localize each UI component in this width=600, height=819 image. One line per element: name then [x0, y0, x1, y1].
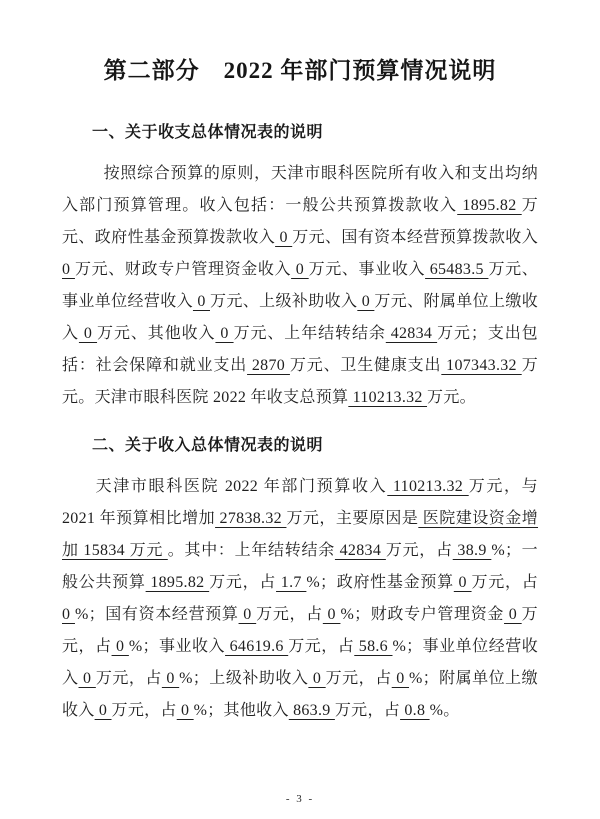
underlined-value: 0 [454, 574, 472, 591]
section-2-heading: 二、关于收入总体情况表的说明 [62, 432, 538, 455]
underlined-value: 0 [62, 261, 75, 278]
text-run: %；财政专户管理资金 [340, 606, 504, 623]
underlined-value: 58.6 [354, 638, 392, 655]
text-run: %；上级补助收入 [179, 670, 308, 687]
underlined-value: 0 [112, 638, 129, 655]
text-run: %；事业收入 [129, 638, 225, 655]
underlined-value: 27838.32 [215, 510, 286, 527]
underlined-value: 0 [62, 606, 75, 623]
text-run: 万元、其他收入 [97, 325, 215, 342]
text-run: 。其中：上年结转结余 [168, 542, 335, 559]
underlined-value: 110213.32 [387, 478, 468, 495]
underlined-value: 1895.82 [457, 197, 521, 214]
document-page: 第二部分 2022 年部门预算情况说明 一、关于收支总体情况表的说明 按照综合预… [0, 0, 600, 819]
section-2-paragraph: 天津市眼科医院 2022 年部门预算收入 110213.32 万元，与 2021… [62, 471, 538, 727]
text-run: 万元，占 [326, 670, 392, 687]
underlined-value: 0 [95, 702, 112, 719]
text-run: %；其他收入 [194, 702, 289, 719]
underlined-value: 0 [239, 606, 257, 623]
underlined-value: 110213.32 [348, 389, 427, 406]
page-title: 第二部分 2022 年部门预算情况说明 [62, 52, 538, 85]
text-run: 万元、国有资本经营预算拨款收入 [292, 229, 538, 246]
underlined-value: 0 [79, 325, 97, 342]
text-run: 万元、上年结转结余 [234, 325, 386, 342]
text-run: %；国有资本经营预算 [75, 606, 239, 623]
underlined-value: 1895.82 [146, 574, 210, 591]
underlined-value: 0 [215, 325, 233, 342]
underlined-value: 107343.32 [441, 357, 521, 374]
text-run: 万元，占 [96, 670, 162, 687]
text-run: 万元、财政专户管理资金收入 [75, 261, 291, 278]
underlined-value: 38.9 [453, 542, 492, 559]
text-run: 万元，主要原因是 [286, 510, 418, 527]
text-run: 万元，占 [472, 574, 538, 591]
text-run: 万元，占 [112, 702, 177, 719]
underlined-value: 0 [275, 229, 292, 246]
underlined-value: 0 [323, 606, 341, 623]
text-run: 万元，占 [256, 606, 323, 623]
underlined-value: 0 [504, 606, 522, 623]
section-1-heading: 一、关于收支总体情况表的说明 [62, 119, 538, 142]
text-run: 万元。 [427, 389, 476, 406]
page-number: - 3 - [0, 793, 600, 805]
text-run: 万元、事业收入 [309, 261, 425, 278]
underlined-value: 0 [357, 293, 374, 310]
underlined-value: 0 [193, 293, 210, 310]
underlined-value: 863.9 [289, 702, 335, 719]
underlined-value: 65483.5 [425, 261, 488, 278]
section-1-paragraph: 按照综合预算的原则，天津市眼科医院所有收入和支出均纳入部门预算管理。收入包括：一… [62, 158, 538, 414]
underlined-value: 0 [162, 670, 179, 687]
underlined-value: 2870 [247, 357, 290, 374]
text-run: 万元，占 [288, 638, 354, 655]
text-run: %；政府性基金预算 [306, 574, 453, 591]
text-run: %。 [430, 702, 460, 719]
underlined-value: 0 [79, 670, 96, 687]
underlined-value: 0 [291, 261, 309, 278]
underlined-value: 64619.6 [225, 638, 288, 655]
text-run: 万元，占 [335, 702, 400, 719]
text-run: 万元、上级补助收入 [210, 293, 357, 310]
underlined-value: 1.7 [276, 574, 306, 591]
underlined-value: 42834 [386, 325, 437, 342]
text-run: 万元、卫生健康支出 [290, 357, 441, 374]
underlined-value: 0 [177, 702, 194, 719]
text-run: 万元，占 [386, 542, 453, 559]
underlined-value: 0 [392, 670, 409, 687]
text-run: 万元，占 [209, 574, 276, 591]
text-run: 天津市眼科医院 2022 年部门预算收入 [96, 478, 388, 495]
underlined-value: 0 [308, 670, 325, 687]
underlined-value: 42834 [335, 542, 386, 559]
underlined-value: 0.8 [400, 702, 430, 719]
